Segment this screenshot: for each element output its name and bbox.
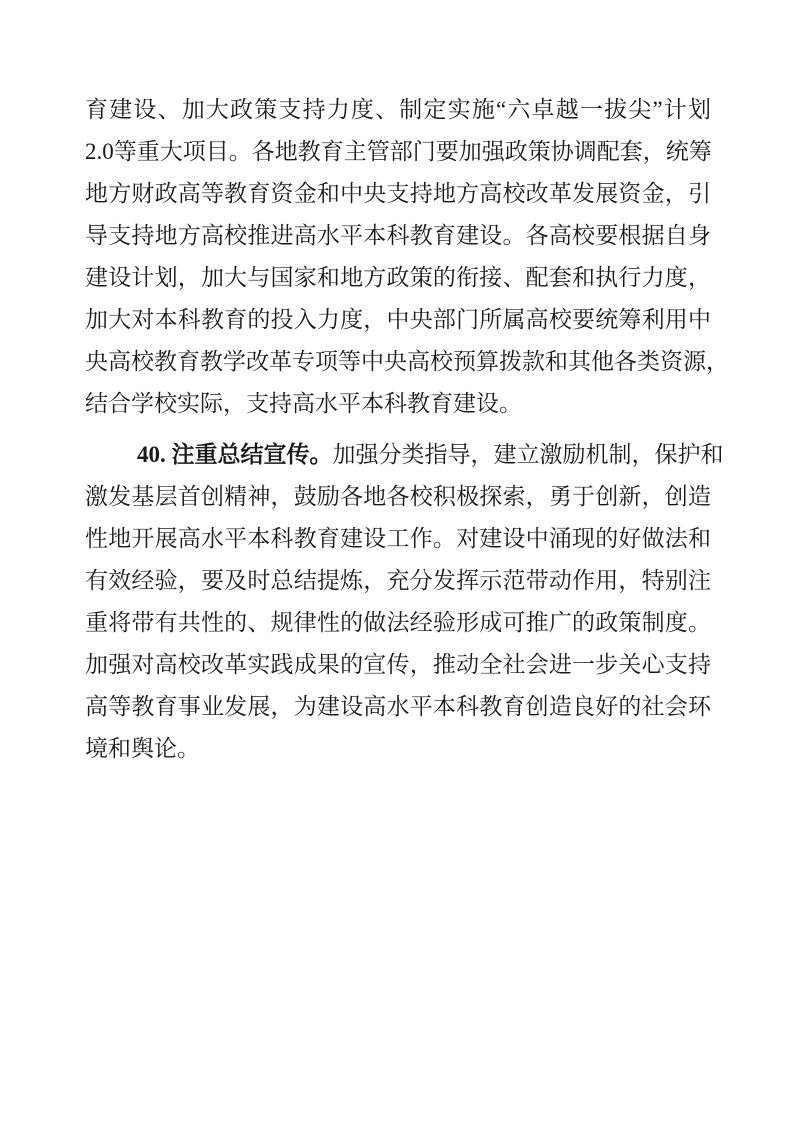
text-line: 地方财政高等教育资金和中央支持地方高校改革发展资金，引 [85,173,711,215]
text-line: 加强对高校改革实践成果的宣传，推动全社会进一步关心支持 [85,644,711,686]
text-line: 重将带有共性的、规律性的做法经验形成可推广的政策制度。 [85,602,711,644]
text-line: 激发基层首创精神，鼓励各地各校积极探索，勇于创新，创造 [85,476,711,518]
text-line: 境和舆论。 [85,728,711,770]
text-line: 导支持地方高校推进高水平本科教育建设。各高校要根据自身 [85,215,711,257]
item-40-heading: 40. 注重总结宣传。 [137,442,333,467]
text-line: 40. 注重总结宣传。加强分类指导，建立激励机制，保护和 [85,434,711,476]
text-line: 高等教育事业发展，为建设高水平本科教育创造良好的社会环 [85,686,711,728]
paragraph-continuation: 育建设、加大政策支持力度、制定实施“六卓越一拔尖”计划 2.0等重大项目。各地教… [85,89,711,425]
text-line: 育建设、加大政策支持力度、制定实施“六卓越一拔尖”计划 [85,89,711,131]
paragraph-item-40: 40. 注重总结宣传。加强分类指导，建立激励机制，保护和 激发基层首创精神，鼓励… [85,434,711,770]
text-line: 2.0等重大项目。各地教育主管部门要加强政策协调配套，统筹 [85,131,711,173]
text-line: 性地开展高水平本科教育建设工作。对建设中涌现的好做法和 [85,518,711,560]
document-page: 育建设、加大政策支持力度、制定实施“六卓越一拔尖”计划 2.0等重大项目。各地教… [0,0,793,1122]
item-40-first-line-text: 加强分类指导，建立激励机制，保护和 [333,442,724,467]
text-line: 结合学校实际，支持高水平本科教育建设。 [85,383,711,425]
text-line: 加大对本科教育的投入力度，中央部门所属高校要统筹利用中 [85,299,711,341]
text-line: 央高校教育教学改革专项等中央高校预算拨款和其他各类资源， [85,341,711,383]
text-line: 有效经验，要及时总结提炼，充分发挥示范带动作用，特别注 [85,560,711,602]
document-content: 育建设、加大政策支持力度、制定实施“六卓越一拔尖”计划 2.0等重大项目。各地教… [85,89,711,770]
text-line: 建设计划，加大与国家和地方政策的衔接、配套和执行力度， [85,257,711,299]
